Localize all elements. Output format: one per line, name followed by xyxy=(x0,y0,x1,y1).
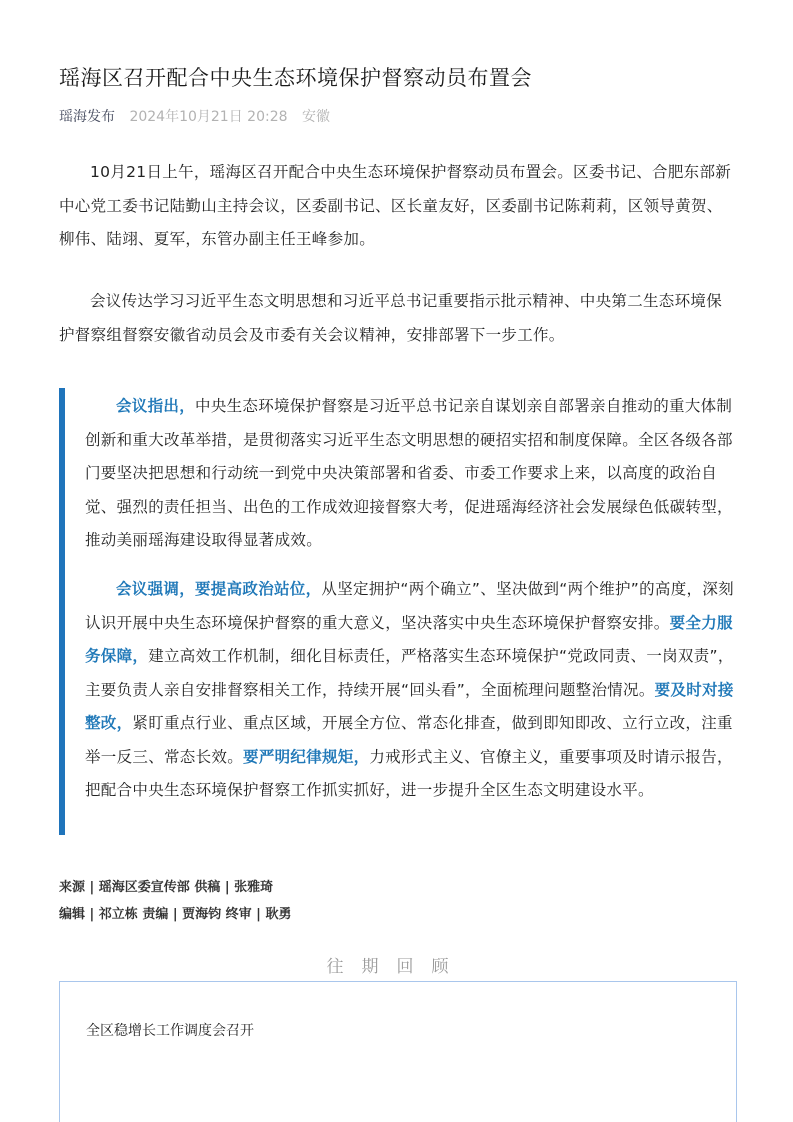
paragraph-1: 10月21日上午，瑶海区召开配合中央生态环境保护督察动员布置会。区委书记、合肥东… xyxy=(59,156,737,257)
credits-editors: 编辑 | 祁立栋 责编 | 贾海钧 终审 | 耿勇 xyxy=(59,903,291,922)
review-link[interactable]: 全区稳增长工作调度会召开 xyxy=(86,1020,254,1040)
quote-paragraph-2: 会议强调，要提高政治站位，从坚定拥护“两个确立”、坚决做到“两个维护”的高度，深… xyxy=(85,573,745,808)
review-section-title: 往期回顾 xyxy=(0,952,793,977)
highlight-text: 会议强调，要提高政治站位， xyxy=(116,580,321,598)
paragraph-2: 会议传达学习习近平生态文明思想和习近平总书记重要指示批示精神、中央第二生态环境保… xyxy=(59,285,737,352)
publish-date: 2024年10月21日 20:28 xyxy=(129,109,287,125)
highlight-text: 要严明纪律规矩， xyxy=(243,748,369,766)
highlight-quote-block: 会议指出，中央生态环境保护督察是习近平总书记亲自谋划亲自部署亲自推动的重大体制创… xyxy=(59,388,737,835)
body-text: 建立高效工作机制，细化目标责任，严格落实生态环境保护“党政同责、一岗双责”，主要… xyxy=(85,647,734,699)
publish-location: 安徽 xyxy=(302,109,330,125)
review-list: 全区稳增长工作调度会召开 xyxy=(59,981,737,1122)
quote-paragraph-1: 会议指出，中央生态环境保护督察是习近平总书记亲自谋划亲自部署亲自推动的重大体制创… xyxy=(85,390,745,558)
article-meta: 瑶海发布 2024年10月21日 20:28 安徽 xyxy=(59,106,330,126)
body-text: 中央生态环境保护督察是习近平总书记亲自谋划亲自部署亲自推动的重大体制创新和重大改… xyxy=(85,397,733,549)
credits-source: 来源 | 瑶海区委宣传部 供稿 | 张雅琦 xyxy=(59,876,273,895)
article-title: 瑶海区召开配合中央生态环境保护督察动员布置会 xyxy=(59,62,532,92)
author-link[interactable]: 瑶海发布 xyxy=(59,109,115,125)
highlight-text: 会议指出， xyxy=(116,397,195,415)
